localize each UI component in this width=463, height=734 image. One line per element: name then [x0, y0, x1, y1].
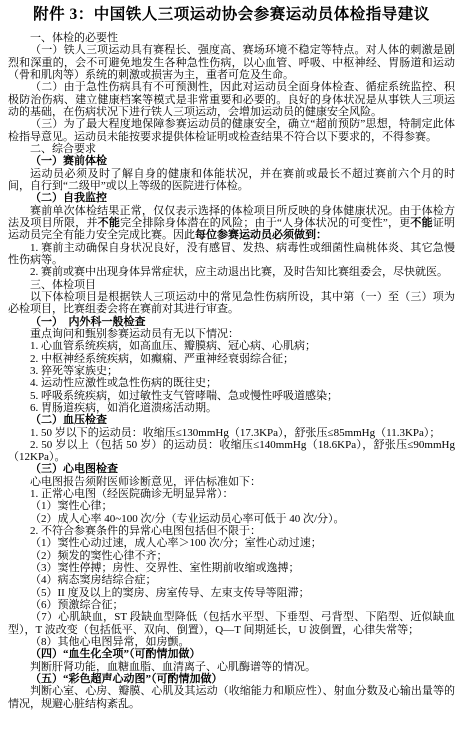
paragraph: （一）赛前体检 — [8, 155, 455, 167]
paragraph-text: 3. 猝死等家族史； — [30, 365, 118, 377]
paragraph: （三）心电图检查 — [8, 463, 455, 475]
paragraph-text: 1. 正常心电图（经医院确诊无明显异常）： — [30, 488, 234, 500]
paragraph: 2. 中枢神经系统疾病，如癫痫、严重神经衰弱综合征； — [8, 353, 455, 365]
paragraph-text: 2. 不符合参赛条件的异常心电图包括但不限于： — [30, 525, 261, 537]
paragraph-text: （7）心肌缺血，ST 段缺血型降低（包括水平型、下垂型、弓背型、下陷型、近似缺血… — [8, 611, 455, 635]
paragraph: 1. 正常心电图（经医院确诊无明显异常）： — [8, 488, 455, 500]
paragraph-text: 心电图报告须附医师诊断意见，评估标准如下： — [30, 476, 261, 488]
paragraph-text: 二、综合要求 — [30, 143, 96, 155]
paragraph-text: 1. 赛前主动确保自身状况良好，没有感冒、发热、病毒性或细菌性扁桃体炎、其它急慢… — [8, 242, 455, 266]
paragraph-text: 三、体检项目 — [30, 279, 96, 291]
paragraph-text: （4）病态窦房结综合症； — [30, 574, 157, 586]
document-body: 一、体检的必要性（一）铁人三项运动具有赛程长、强度高、赛场环境不稳定等特点。对人… — [8, 32, 455, 710]
paragraph-text: 一、体检的必要性 — [30, 32, 118, 44]
paragraph: 6. 胃肠道疾病，如消化道溃疡活动期。 — [8, 402, 455, 414]
paragraph-text: （1）窦性心律； — [30, 500, 113, 512]
paragraph: （6）预激综合征； — [8, 599, 455, 611]
paragraph-text: （6）预激综合征； — [30, 599, 124, 611]
paragraph: （二）自我监控 — [8, 192, 455, 204]
paragraph-text: （8）其他心电图异常，如房颤。 — [30, 636, 190, 648]
paragraph-text: 重点询问和甄别参赛运动员有无以下情况： — [30, 328, 239, 340]
paragraph: （1）窦性心律； — [8, 500, 455, 512]
paragraph-text-bold: （五）“彩色超声心动图”（可酌情加做） — [30, 673, 223, 685]
paragraph-text: 判断肝肾功能，血糖血脂、血清离子、心肌酶谱等的情况。 — [30, 661, 316, 673]
paragraph: （一） 内外科一般检查 — [8, 316, 455, 328]
paragraph-text: 2. 中枢神经系统疾病，如癫痫、严重神经衰弱综合征； — [30, 353, 294, 365]
paragraph: 运动员必须及时了解自身的健康和体能状况，并在赛前或最长不超过赛前六个月的时间，自… — [8, 168, 455, 193]
paragraph: （4）病态窦房结综合症； — [8, 574, 455, 586]
paragraph: 2. 赛前或赛中出现身体异常症状，应主动退出比赛，及时告知比赛组委会，尽快就医。 — [8, 266, 455, 278]
document-page: 附件 3：中国铁人三项运动协会参赛运动员体检指导建议 一、体检的必要性（一）铁人… — [0, 0, 463, 734]
paragraph-text: （三）为了最大程度地保障参赛运动员的健康安全，确立“超前预防”思想，特制定此体检… — [8, 118, 455, 142]
paragraph-text: 完全排除身体潜在的风险；由于“人身体状况的可变性”，更 — [120, 217, 410, 229]
paragraph-text-bold: （三）心电图检查 — [30, 463, 118, 475]
paragraph: 1. 赛前主动确保自身状况良好，没有感冒、发热、病毒性或细菌性扁桃体炎、其它急慢… — [8, 242, 455, 267]
paragraph-text-bold: （一） 内外科一般检查 — [30, 316, 146, 328]
paragraph: （1）窦性心动过速，成人心率＞100 次/分；室性心动过速； — [8, 537, 455, 549]
paragraph: 4. 运动性应激性或急性伤病的既往史； — [8, 377, 455, 389]
paragraph-text: 6. 胃肠道疾病，如消化道溃疡活动期。 — [30, 402, 217, 414]
paragraph: 3. 猝死等家族史； — [8, 365, 455, 377]
paragraph-text-bold: （二）血压检查 — [30, 414, 107, 426]
paragraph-text: 1. 50 岁以下的运动员：收缩压≤130mmHg（17.3KPa），舒张压≤8… — [30, 427, 440, 439]
paragraph: （2）频发的窦性心律不齐； — [8, 550, 455, 562]
paragraph-text: 运动员必须及时了解自身的健康和体能状况，并在赛前或最长不超过赛前六个月的时间，自… — [8, 168, 455, 192]
paragraph-text: （2）频发的窦性心律不齐； — [30, 550, 168, 562]
paragraph-text-bold: 不能 — [410, 217, 432, 229]
paragraph-text: （5）II 度及以上的窦房、房室传导、左束支传导等阻滞； — [30, 587, 310, 599]
paragraph-text: （一）铁人三项运动具有赛程长、强度高、赛场环境不稳定等特点。对人体的刺激是剧烈和… — [8, 44, 455, 81]
paragraph-text: 判断心室、心房、瓣膜、心肌及其运动（收缩能力和顺应性）、射血分数及心输出量等的情… — [8, 685, 455, 709]
paragraph: 以下体检项目是根据铁人三项运动中的常见急性伤病所设，其中第（一）至（三）项为必检… — [8, 291, 455, 316]
paragraph-text-bold: （一）赛前体检 — [30, 155, 107, 167]
paragraph-text: （3）窦性停搏；房性、交界性、室性期前收缩或逸搏； — [30, 562, 300, 574]
paragraph-text: 2. 赛前或赛中出现身体异常症状，应主动退出比赛，及时告知比赛组委会，尽快就医。 — [30, 266, 448, 278]
paragraph: （四）“血生化全项”（可酌情加做） — [8, 648, 455, 660]
document-title: 附件 3：中国铁人三项运动协会参赛运动员体检指导建议 — [8, 5, 455, 25]
paragraph: 二、综合要求 — [8, 143, 455, 155]
paragraph: （二）由于急性伤病具有不可预测性，因此对运动员全面身体检查、循症系统监控、积极防… — [8, 81, 455, 118]
paragraph-text: （1）窦性心动过速，成人心率＞100 次/分；室性心动过速； — [30, 537, 322, 549]
paragraph-text: （二）由于急性伤病具有不可预测性，因此对运动员全面身体检查、循症系统监控、积极防… — [8, 81, 455, 118]
paragraph: （7）心肌缺血，ST 段缺血型降低（包括水平型、下垂型、弓背型、下陷型、近似缺血… — [8, 611, 455, 636]
paragraph: 赛前单次体检结果正常，仅仅表示选择的体检项目所反映的身体健康状况。由于体检方法及… — [8, 205, 455, 242]
paragraph: 重点询问和甄别参赛运动员有无以下情况： — [8, 328, 455, 340]
paragraph-text: 4. 运动性应激性或急性伤病的既往史； — [30, 377, 217, 389]
paragraph: 三、体检项目 — [8, 279, 455, 291]
paragraph-text-bold: 不能 — [98, 217, 120, 229]
paragraph: （8）其他心电图异常，如房颤。 — [8, 636, 455, 648]
paragraph: 判断肝肾功能，血糖血脂、血清离子、心肌酶谱等的情况。 — [8, 661, 455, 673]
paragraph: 2. 不符合参赛条件的异常心电图包括但不限于： — [8, 525, 455, 537]
paragraph-text-bold: （四）“血生化全项”（可酌情加做） — [30, 648, 201, 660]
paragraph: （5）II 度及以上的窦房、房室传导、左束支传导等阻滞； — [8, 587, 455, 599]
paragraph-text: 2. 50 岁以上（包括 50 岁）的运动员：收缩压≤140mmHg（18.6K… — [8, 439, 455, 463]
paragraph: （五）“彩色超声心动图”（可酌情加做） — [8, 673, 455, 685]
paragraph: （一）铁人三项运动具有赛程长、强度高、赛场环境不稳定等特点。对人体的刺激是剧烈和… — [8, 44, 455, 81]
paragraph: 心电图报告须附医师诊断意见，评估标准如下： — [8, 476, 455, 488]
paragraph: 1. 50 岁以下的运动员：收缩压≤130mmHg（17.3KPa），舒张压≤8… — [8, 427, 455, 439]
paragraph-text: 1. 心血管系统疾病，如高血压、瓣膜病、冠心病、心肌病； — [30, 340, 316, 352]
paragraph: 一、体检的必要性 — [8, 32, 455, 44]
paragraph: 判断心室、心房、瓣膜、心肌及其运动（收缩能力和顺应性）、射血分数及心输出量等的情… — [8, 685, 455, 710]
paragraph-text: （2）成人心率 40~100 次/分（专业运动员心率可低于 40 次/分）。 — [30, 513, 345, 525]
paragraph: 5. 呼吸系统疾病，如过敏性支气管哮喘、急或慢性呼吸道感染； — [8, 390, 455, 402]
paragraph: （2）成人心率 40~100 次/分（专业运动员心率可低于 40 次/分）。 — [8, 513, 455, 525]
paragraph-text: 5. 呼吸系统疾病，如过敏性支气管哮喘、急或慢性呼吸道感染； — [30, 390, 338, 402]
paragraph: （二）血压检查 — [8, 414, 455, 426]
paragraph-text: 以下体检项目是根据铁人三项运动中的常见急性伤病所设，其中第（一）至（三）项为必检… — [8, 291, 455, 315]
paragraph: 2. 50 岁以上（包括 50 岁）的运动员：收缩压≤140mmHg（18.6K… — [8, 439, 455, 464]
paragraph-text-bold: 每位参赛运动员必须做到： — [195, 229, 327, 241]
paragraph: （3）窦性停搏；房性、交界性、室性期前收缩或逸搏； — [8, 562, 455, 574]
paragraph: （三）为了最大程度地保障参赛运动员的健康安全，确立“超前预防”思想，特制定此体检… — [8, 118, 455, 143]
paragraph: 1. 心血管系统疾病，如高血压、瓣膜病、冠心病、心肌病； — [8, 340, 455, 352]
paragraph-text-bold: （二）自我监控 — [30, 192, 107, 204]
